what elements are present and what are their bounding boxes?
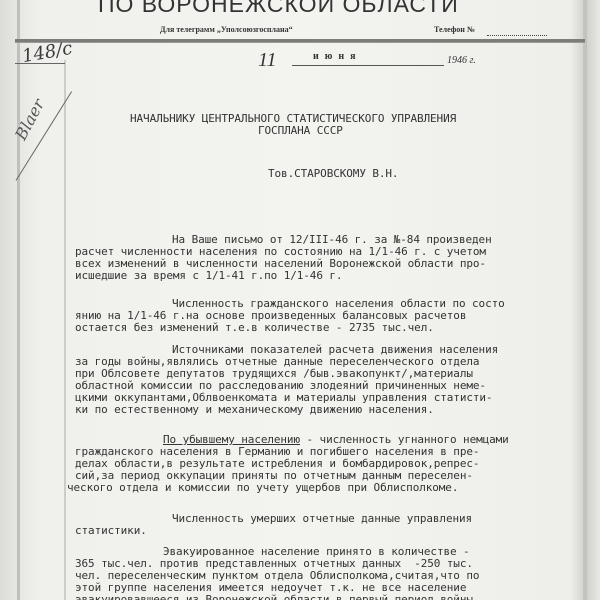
date-line (292, 65, 444, 66)
body-p4-line-5: ческого отдела и комиссии по учету ущерб… (67, 482, 458, 494)
binding-edge (17, 0, 20, 600)
letterhead-telegram: Для телеграмм „Уполсоюзгосплана“ (160, 25, 293, 34)
margin-line (64, 60, 66, 600)
page-edge (583, 0, 587, 600)
date-row: 11 июня 1946 г. (250, 55, 490, 75)
date-day: 11 (258, 49, 277, 72)
letterhead-rule (15, 39, 585, 43)
body-p3-line-6: ки по естественному и механическому движ… (75, 404, 434, 416)
phone-blank-line (487, 35, 547, 36)
body-p2-line-3: остается без изменений т.е.в количестве … (75, 322, 434, 334)
body-p5-line-1: Численность умерших отчетные данные упра… (172, 513, 472, 525)
addressee-line-3: Тов.СТАРОВСКОМУ В.Н. (268, 168, 398, 180)
letterhead-organization: ПО ВОРОНЕЖСКОЙ ОБЛАСТИ (98, 0, 418, 18)
body-p6-line-5: эвакуировавшееся из Воронежской области … (75, 594, 473, 600)
body-p1-line-4: исшедшие за время с 1/1-41 г.по 1/1-46 г… (75, 270, 342, 282)
body-p5-line-2: статистики. (75, 525, 147, 537)
addressee-line-2: ГОСПЛАНА СССР (258, 125, 343, 137)
date-month: июня (313, 51, 362, 62)
date-year: 1946 г. (447, 55, 476, 66)
letterhead-phone: Телефон № (434, 25, 475, 34)
document-page: ПО ВОРОНЕЖСКОЙ ОБЛАСТИ Для телеграмм „Уп… (0, 0, 600, 600)
